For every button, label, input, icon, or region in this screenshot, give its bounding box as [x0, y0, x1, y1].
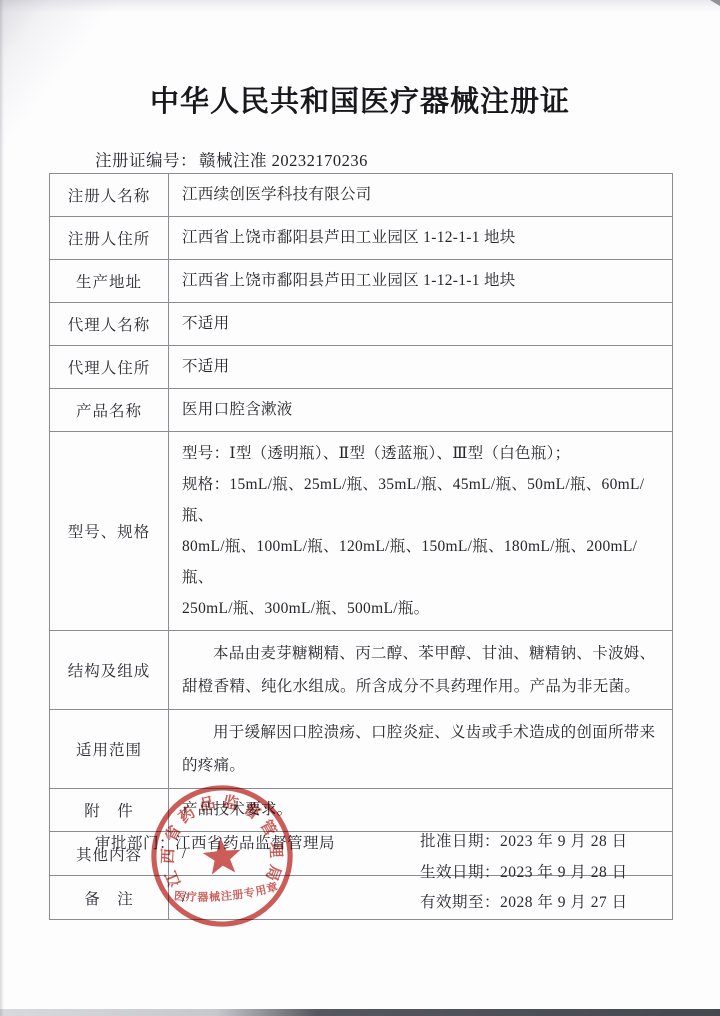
scan-edge-left	[0, 0, 4, 1016]
row-label: 代理人住所	[50, 346, 169, 388]
official-seal: 江西省药品监督管理局 医疗器械注册专用章	[142, 776, 302, 936]
scan-edge-bottom	[0, 1009, 720, 1016]
table-row: 产品名称 医用口腔含漱液	[50, 389, 672, 432]
approval-date-value: 2023 年 9 月 28 日	[500, 833, 628, 850]
registration-number-line: 注册证编号：赣械注准 20232170236	[95, 147, 368, 171]
approval-date-line: 批准日期：2023 年 9 月 28 日	[420, 827, 628, 858]
row-label: 注册人名称	[50, 174, 169, 216]
row-value: 医用口腔含漱液	[169, 389, 672, 431]
row-value: 不适用	[169, 303, 672, 345]
row-value: 江西省上饶市鄱阳县芦田工业园区 1-12-1-1 地块	[169, 217, 672, 259]
expiry-date-value: 2028 年 9 月 27 日	[500, 894, 628, 911]
row-value: 本品由麦芽糖糊精、丙二醇、苯甲醇、甘油、糖精钠、卡波姆、 甜橙香精、纯化水组成。…	[169, 631, 672, 709]
star-icon	[201, 836, 242, 875]
scan-corner-top-left	[0, 0, 170, 150]
table-row: 适用范围 用于缓解因口腔溃疡、口腔炎症、义齿或手术造成的创面所带来 的疼痛。	[50, 710, 672, 789]
table-row: 生产地址 江西省上饶市鄱阳县芦田工业园区 1-12-1-1 地块	[50, 260, 672, 303]
date-block: 批准日期：2023 年 9 月 28 日 生效日期：2023 年 9 月 28 …	[420, 827, 628, 919]
row-label: 产品名称	[50, 389, 169, 431]
row-label: 适用范围	[50, 710, 169, 788]
table-row: 结构及组成 本品由麦芽糖糊精、丙二醇、苯甲醇、甘油、糖精钠、卡波姆、 甜橙香精、…	[50, 631, 672, 710]
registration-number-label: 注册证编号：	[95, 151, 197, 170]
table-row: 代理人住所 不适用	[50, 346, 672, 389]
expiry-date-label: 有效期至：	[420, 894, 500, 911]
row-value: 用于缓解因口腔溃疡、口腔炎症、义齿或手术造成的创面所带来 的疼痛。	[169, 710, 672, 788]
effective-date-value: 2023 年 9 月 28 日	[500, 864, 628, 881]
approval-date-label: 批准日期：	[420, 833, 500, 850]
row-label: 生产地址	[50, 260, 169, 302]
certificate-title: 中华人民共和国医疗器械注册证	[0, 79, 720, 120]
row-label: 注册人住所	[50, 217, 169, 259]
row-label: 结构及组成	[50, 631, 169, 709]
row-label: 型号、规格	[50, 432, 169, 630]
table-row: 注册人住所 江西省上饶市鄱阳县芦田工业园区 1-12-1-1 地块	[50, 217, 672, 260]
table-row: 型号、规格 型号：Ⅰ型（透明瓶）、Ⅱ型（透蓝瓶）、Ⅲ型（白色瓶）； 规格：15m…	[50, 432, 672, 631]
table-row: 代理人名称 不适用	[50, 303, 672, 346]
row-value: 不适用	[169, 346, 672, 388]
row-value: 型号：Ⅰ型（透明瓶）、Ⅱ型（透蓝瓶）、Ⅲ型（白色瓶）； 规格：15mL/瓶、25…	[169, 432, 672, 630]
registration-number-value: 赣械注准 20232170236	[199, 151, 368, 170]
row-value: 江西省上饶市鄱阳县芦田工业园区 1-12-1-1 地块	[169, 260, 672, 302]
certificate-page: { "page": { "title": "中华人民共和国医疗器械注册证" },…	[0, 0, 720, 1016]
effective-date-line: 生效日期：2023 年 9 月 28 日	[420, 858, 628, 889]
expiry-date-line: 有效期至：2028 年 9 月 27 日	[420, 888, 628, 919]
table-row: 注册人名称 江西续创医学科技有限公司	[50, 174, 672, 217]
row-label: 代理人名称	[50, 303, 169, 345]
row-value: 江西续创医学科技有限公司	[169, 174, 672, 216]
effective-date-label: 生效日期：	[420, 864, 500, 881]
